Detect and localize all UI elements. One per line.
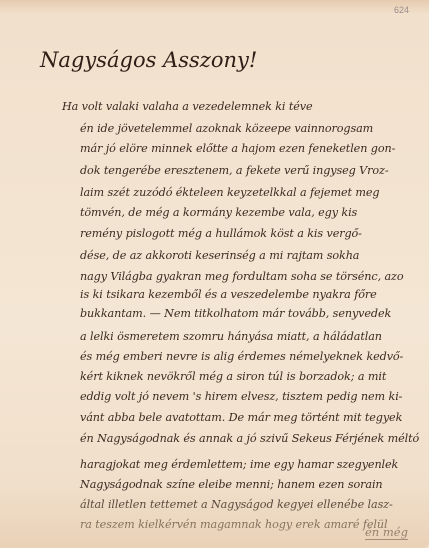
body-line: ra teszem kielkérvén magamnak hogy erek … bbox=[80, 518, 387, 531]
catchword: én még bbox=[365, 525, 408, 540]
body-line: én ide jövetelemmel azoknak közeepe vain… bbox=[80, 122, 373, 135]
body-line: eddig volt jó nevem 's hirem elvesz, tis… bbox=[80, 390, 402, 403]
body-line: által illetlen tettemet a Nagyságod kegy… bbox=[80, 498, 393, 511]
body-line: én Nagyságodnak és annak a jó szivű Seke… bbox=[80, 432, 419, 445]
body-line: remény pislogott még a hullámok köst a k… bbox=[80, 227, 362, 240]
folio-number: 624 bbox=[394, 5, 409, 15]
body-line: is ki tsikara kezemből és a veszedelembe… bbox=[80, 288, 377, 301]
body-line: dése, de az akkoroti keserinség a mi raj… bbox=[80, 249, 359, 262]
body-line: kért kiknek nevökről még a siron túl is … bbox=[80, 370, 386, 383]
body-line: és még emberi nevre is alig érdemes néme… bbox=[80, 350, 403, 363]
body-line: haragjokat meg érdemlettem; ime egy hama… bbox=[80, 458, 398, 471]
body-line: nagy Világba gyakran meg fordultam soha … bbox=[80, 270, 403, 283]
salutation: Nagyságos Asszony! bbox=[40, 48, 257, 72]
body-line: a lelki ösmeretem szomru hányása miatt, … bbox=[80, 330, 382, 343]
body-line: Ha volt valaki valaha a vezedelemnek ki … bbox=[62, 100, 313, 113]
manuscript-page: 624 Nagyságos Asszony! Ha volt valaki va… bbox=[0, 0, 429, 548]
body-line: Nagyságodnak színe eleibe menni; hanem e… bbox=[80, 478, 383, 491]
body-line: bukkantam. — Nem titkolhatom már tovább,… bbox=[80, 307, 391, 320]
body-line: már jó elöre minnek előtte a hajom ezen … bbox=[80, 142, 395, 155]
body-line: vánt abba bele avatottam. De már meg tör… bbox=[80, 411, 402, 424]
body-line: tömvén, de még a kormány kezembe vala, e… bbox=[80, 206, 357, 219]
body-line: dok tengerébe eresztenem, a fekete verű … bbox=[80, 164, 389, 177]
body-line: laim szét zuzódó ékteleen keyzetelkkal a… bbox=[80, 186, 379, 199]
